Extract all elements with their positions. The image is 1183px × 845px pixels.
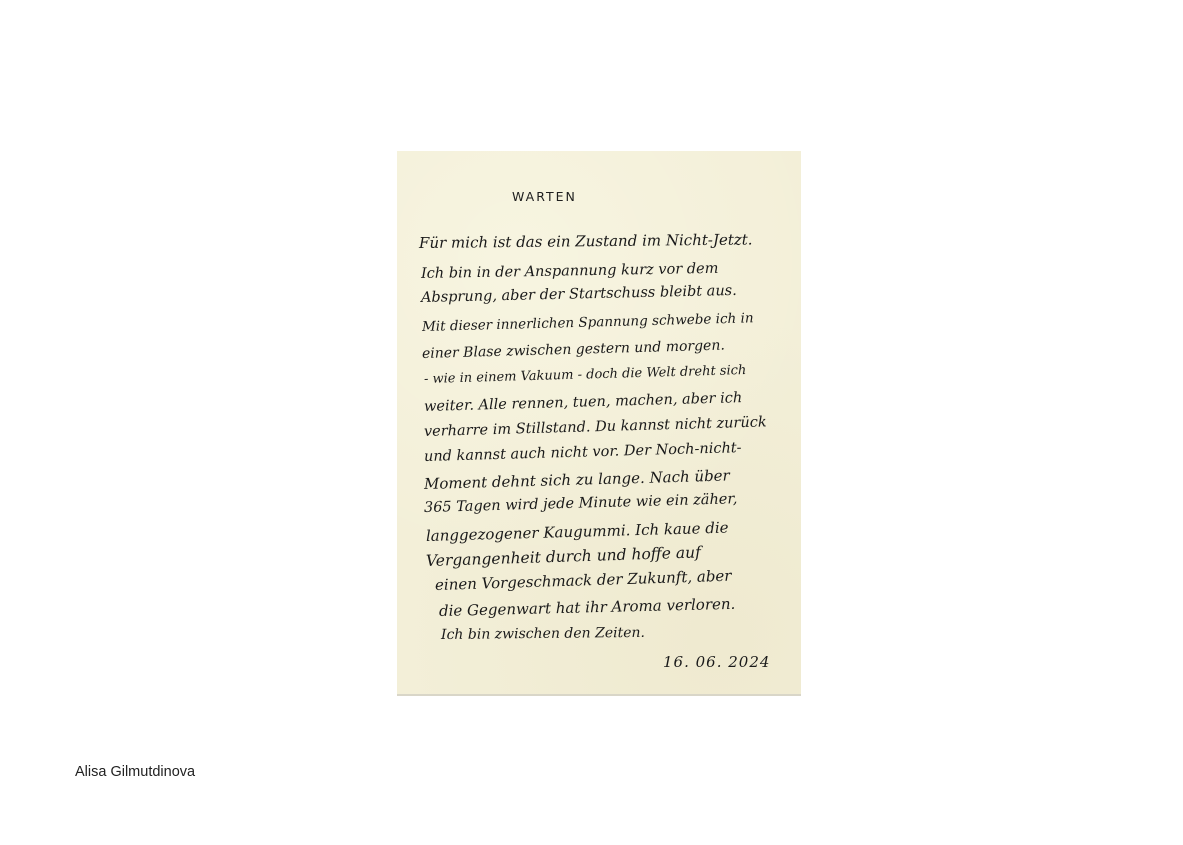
- note-line: einen Vorgeschmack der Zukunft, aber: [435, 567, 732, 594]
- note-line: Ich bin zwischen den Zeiten.: [441, 625, 645, 643]
- note-line: Vergangenheit durch und hoffe auf: [426, 543, 701, 570]
- note-title: WARTEN: [512, 189, 577, 204]
- note-line: und kannst auch nicht vor. Der Noch-nich…: [424, 440, 742, 465]
- note-line: Absprung, aber der Startschuss bleibt au…: [421, 283, 737, 306]
- note-line: einer Blase zwischen gestern und morgen.: [422, 338, 725, 362]
- note-date: 16. 06. 2024: [663, 653, 770, 671]
- handwritten-note-card: WARTEN Für mich ist das ein Zustand im N…: [397, 151, 801, 696]
- note-line: Ich bin in der Anspannung kurz vor dem: [421, 261, 719, 282]
- note-line: Für mich ist das ein Zustand im Nicht-Je…: [419, 231, 753, 252]
- note-line: verharre im Stillstand. Du kannst nicht …: [424, 414, 767, 440]
- note-line: Moment dehnt sich zu lange. Nach über: [424, 466, 730, 493]
- note-line: weiter. Alle rennen, tuen, machen, aber …: [424, 390, 743, 415]
- note-line: - wie in einem Vakuum - doch die Welt dr…: [424, 363, 747, 387]
- note-line: 365 Tagen wird jede Minute wie ein zäher…: [424, 491, 738, 516]
- note-line: Mit dieser innerlichen Spannung schwebe …: [422, 310, 754, 335]
- author-caption: Alisa Gilmutdinova: [75, 764, 195, 780]
- note-line: die Gegenwart hat ihr Aroma verloren.: [439, 595, 736, 620]
- note-line: langgezogener Kaugummi. Ich kaue die: [426, 519, 729, 545]
